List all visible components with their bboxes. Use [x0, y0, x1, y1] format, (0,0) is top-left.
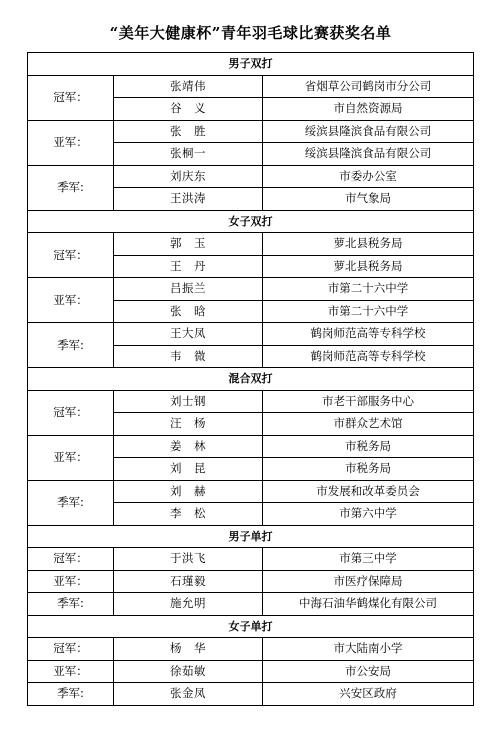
table-row: 季军: 张金凤 兴安区政府: [28, 683, 474, 706]
player-org: 市大陆南小学: [263, 638, 474, 661]
rank-label: 冠军：: [28, 233, 114, 278]
player-name: 郭 玉: [114, 233, 263, 256]
section-title-mens-doubles: 男子双打: [28, 53, 474, 76]
table-row: 亚军： 吕振兰 市第二十六中学: [28, 278, 474, 301]
rank-label: 冠军：: [28, 548, 114, 571]
table-row: 季军: 王大凤 鹤岗师范高等专科学校: [28, 323, 474, 346]
player-org: 市委办公室: [263, 165, 474, 188]
rank-label: 亚军：: [28, 435, 114, 480]
player-org: 市公安局: [263, 660, 474, 683]
player-org: 市老干部服务中心: [263, 390, 474, 413]
player-org: 萝北县税务局: [263, 233, 474, 256]
player-name: 刘士钢: [114, 390, 263, 413]
player-org: 萝北县税务局: [263, 255, 474, 278]
table-row: 季军: 刘 赫 市发展和改革委员会: [28, 480, 474, 503]
section-header-row: 女子双打: [28, 210, 474, 233]
player-name: 刘 赫: [114, 480, 263, 503]
rank-label: 季军:: [28, 593, 114, 616]
section-header-row: 混合双打: [28, 368, 474, 391]
player-name: 刘 昆: [114, 458, 263, 481]
rank-label: 季军:: [28, 480, 114, 525]
player-org: 市第三中学: [263, 548, 474, 571]
player-org: 市第二十六中学: [263, 300, 474, 323]
player-org: 中海石油华鹤煤化有限公司: [263, 593, 474, 616]
table-row: 亚军： 石瑾毅 市医疗保障局: [28, 570, 474, 593]
player-org: 绥滨县隆滨食品有限公司: [263, 143, 474, 166]
section-header-row: 男子双打: [28, 53, 474, 76]
player-name: 汪 杨: [114, 413, 263, 436]
rank-label: 季军:: [28, 683, 114, 706]
rank-label: 亚军：: [28, 278, 114, 323]
player-org: 省烟草公司鹤岗市分公司: [263, 75, 474, 98]
player-org: 兴安区政府: [263, 683, 474, 706]
player-org: 市第六中学: [263, 503, 474, 526]
player-name: 徐茹敏: [114, 660, 263, 683]
player-name: 于洪飞: [114, 548, 263, 571]
player-name: 张靖伟: [114, 75, 263, 98]
player-name: 姜 林: [114, 435, 263, 458]
table-row: 冠军： 郭 玉 萝北县税务局: [28, 233, 474, 256]
player-org: 鹤岗师范高等专科学校: [263, 323, 474, 346]
player-name: 王大凤: [114, 323, 263, 346]
rank-label: 冠军：: [28, 638, 114, 661]
player-name: 王 丹: [114, 255, 263, 278]
player-org: 市税务局: [263, 435, 474, 458]
player-name: 吕振兰: [114, 278, 263, 301]
player-org: 绥滨县隆滨食品有限公司: [263, 120, 474, 143]
section-title-womens-doubles: 女子双打: [28, 210, 474, 233]
player-org: 市自然资源局: [263, 98, 474, 121]
player-name: 张 晗: [114, 300, 263, 323]
rank-label: 冠军：: [28, 390, 114, 435]
player-name: 石瑾毅: [114, 570, 263, 593]
section-title-mens-singles: 男子单打: [28, 525, 474, 548]
table-row: 冠军： 张靖伟 省烟草公司鹤岗市分公司: [28, 75, 474, 98]
section-header-row: 女子单打: [28, 615, 474, 638]
player-name: 王洪涛: [114, 188, 263, 211]
player-name: 谷 义: [114, 98, 263, 121]
table-row: 亚军： 徐茹敏 市公安局: [28, 660, 474, 683]
player-org: 市第二十六中学: [263, 278, 474, 301]
table-row: 冠军： 刘士钢 市老干部服务中心: [28, 390, 474, 413]
player-name: 李 松: [114, 503, 263, 526]
player-name: 张桐一: [114, 143, 263, 166]
award-list-table: 男子双打 冠军： 张靖伟 省烟草公司鹤岗市分公司 谷 义 市自然资源局 亚军： …: [27, 52, 474, 706]
player-org: 市税务局: [263, 458, 474, 481]
player-org: 市发展和改革委员会: [263, 480, 474, 503]
player-name: 施允明: [114, 593, 263, 616]
player-org: 市群众艺术馆: [263, 413, 474, 436]
table-row: 冠军： 于洪飞 市第三中学: [28, 548, 474, 571]
rank-label: 亚军：: [28, 120, 114, 165]
table-row: 季军: 施允明 中海石油华鹤煤化有限公司: [28, 593, 474, 616]
table-row: 亚军： 姜 林 市税务局: [28, 435, 474, 458]
player-name: 刘庆东: [114, 165, 263, 188]
section-title-mixed-doubles: 混合双打: [28, 368, 474, 391]
player-org: 鹤岗师范高等专科学校: [263, 345, 474, 368]
rank-label: 季军:: [28, 165, 114, 210]
rank-label: 亚军：: [28, 570, 114, 593]
player-name: 杨 华: [114, 638, 263, 661]
player-name: 韦 微: [114, 345, 263, 368]
section-header-row: 男子单打: [28, 525, 474, 548]
player-org: 市气象局: [263, 188, 474, 211]
player-name: 张金凤: [114, 683, 263, 706]
table-row: 冠军： 杨 华 市大陆南小学: [28, 638, 474, 661]
player-name: 张 胜: [114, 120, 263, 143]
page-title: “美年大健康杯”青年羽毛球比赛获奖名单: [0, 22, 501, 43]
rank-label: 季军:: [28, 323, 114, 368]
player-org: 市医疗保障局: [263, 570, 474, 593]
rank-label: 亚军：: [28, 660, 114, 683]
table-row: 季军: 刘庆东 市委办公室: [28, 165, 474, 188]
section-title-womens-singles: 女子单打: [28, 615, 474, 638]
table-row: 亚军： 张 胜 绥滨县隆滨食品有限公司: [28, 120, 474, 143]
rank-label: 冠军：: [28, 75, 114, 120]
